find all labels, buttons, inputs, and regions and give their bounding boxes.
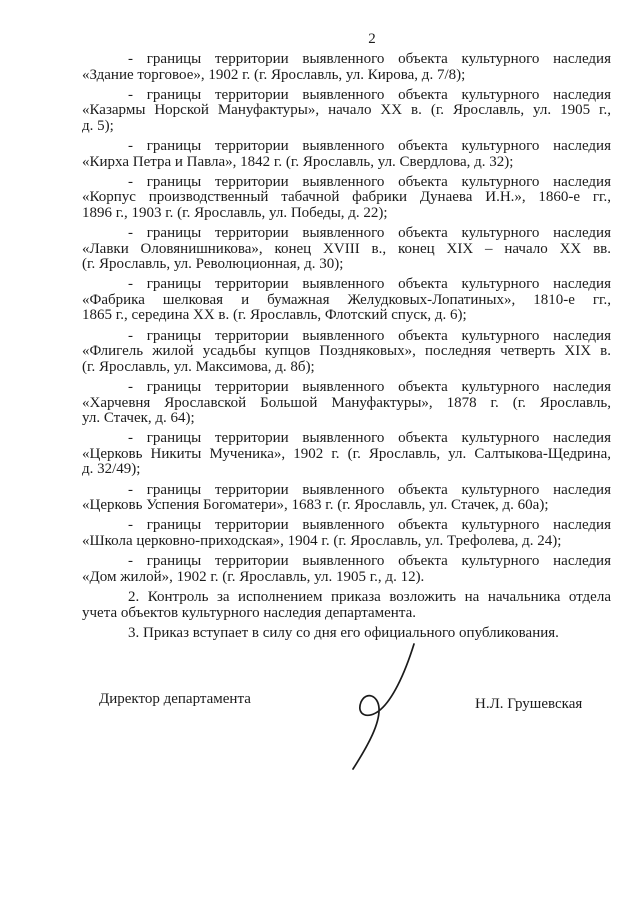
text-line: ул. Стачек, д. 64); [82,411,611,427]
text-line: - границы территории выявленного объекта… [82,277,611,293]
text-line: «Церковь Никиты Мученика», 1902 г. (г. Я… [82,447,611,463]
text-line: - границы территории выявленного объекта… [82,329,611,345]
text-line: - границы территории выявленного объекта… [82,88,611,104]
text-line: - границы территории выявленного объекта… [82,518,611,534]
document-page: 2 - границы территории выявленного объек… [0,0,640,905]
paragraph: - границы территории выявленного объекта… [82,88,611,135]
paragraph: - границы территории выявленного объекта… [82,329,611,376]
text-line: - границы территории выявленного объекта… [82,139,611,155]
text-line: «Корпус производственный табачной фабрик… [82,190,611,206]
text-line: д. 5); [82,119,611,135]
document-body: - границы территории выявленного объекта… [82,52,611,641]
text-line: (г. Ярославль, ул. Революционная, д. 30)… [82,257,611,273]
text-line: 2. Контроль за исполнением приказа возло… [82,590,611,606]
paragraph: 2. Контроль за исполнением приказа возло… [82,590,611,621]
text-line: «Флигель жилой усадьбы купцов Поздняковы… [82,344,611,360]
text-line: «Лавки Оловянишникова», конец XVIII в., … [82,242,611,258]
text-line: - границы территории выявленного объекта… [82,52,611,68]
text-line: (г. Ярославль, ул. Максимова, д. 8б); [82,360,611,376]
text-line: учета объектов культурного наследия депа… [82,606,611,622]
text-line: «Церковь Успения Богоматери», 1683 г. (г… [82,498,611,514]
paragraph: - границы территории выявленного объекта… [82,483,611,514]
text-line: - границы территории выявленного объекта… [82,226,611,242]
signature-name-label: Н.Л. Грушевская [475,696,582,712]
text-line: «Школа церковно-приходская», 1904 г. (г.… [82,534,611,550]
text-line: «Харчевня Ярославской Большой Мануфактур… [82,396,611,412]
text-line: - границы территории выявленного объекта… [82,380,611,396]
paragraph: - границы территории выявленного объекта… [82,139,611,170]
page-number: 2 [340,31,404,47]
text-line: «Фабрика шелковая и бумажная Желудковых-… [82,293,611,309]
text-line: 1896 г., 1903 г. (г. Ярославль, ул. Побе… [82,206,611,222]
text-line: «Кирха Петра и Павла», 1842 г. (г. Яросл… [82,155,611,171]
text-line: «Здание торговое», 1902 г. (г. Ярославль… [82,68,611,84]
paragraph: - границы территории выявленного объекта… [82,518,611,549]
text-line: «Дом жилой», 1902 г. (г. Ярославль, ул. … [82,570,611,586]
paragraph: - границы территории выявленного объекта… [82,554,611,585]
text-line: - границы территории выявленного объекта… [82,431,611,447]
text-line: «Казармы Норской Мануфактуры», начало XX… [82,103,611,119]
text-line: - границы территории выявленного объекта… [82,483,611,499]
paragraph: - границы территории выявленного объекта… [82,431,611,478]
paragraph: - границы территории выявленного объекта… [82,277,611,324]
paragraph: - границы территории выявленного объекта… [82,226,611,273]
paragraph: - границы территории выявленного объекта… [82,380,611,427]
text-line: - границы территории выявленного объекта… [82,554,611,570]
handwritten-signature-icon [330,638,430,778]
paragraph: - границы территории выявленного объекта… [82,52,611,83]
text-line: 1865 г., середина XX в. (г. Ярославль, Ф… [82,308,611,324]
text-line: - границы территории выявленного объекта… [82,175,611,191]
paragraph: - границы территории выявленного объекта… [82,175,611,222]
signature-title-label: Директор департамента [99,691,251,707]
text-line: д. 32/49); [82,462,611,478]
